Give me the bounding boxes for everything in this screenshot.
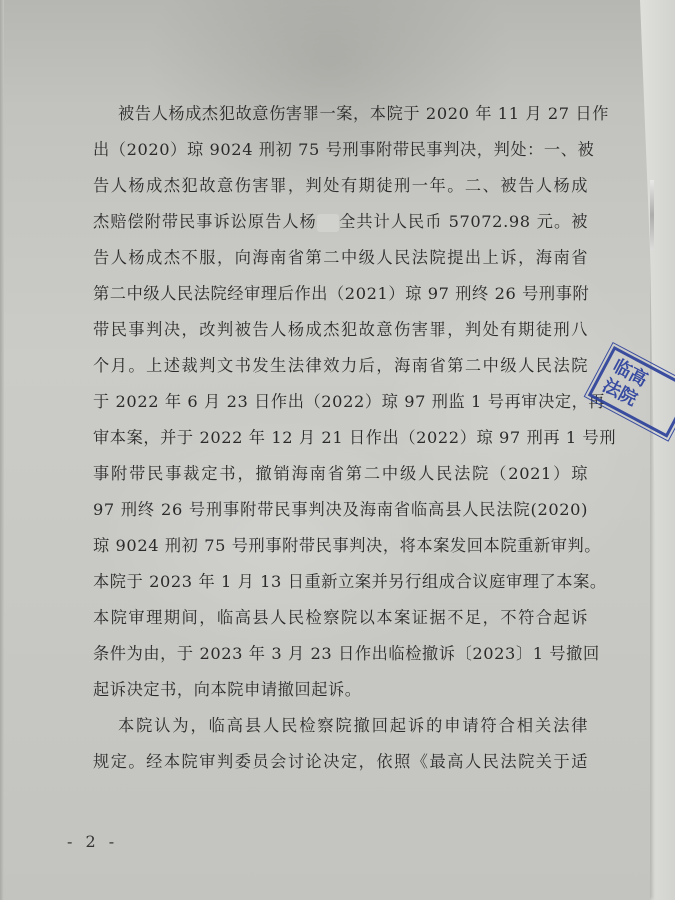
text-line-5: 告人杨成杰不服，向海南省第二中级人民法院提出上诉，海南省 xyxy=(93,240,588,276)
text-line-10: 审本案，并于 2022 年 12 月 21 日作出（2022）琼 97 刑再 1… xyxy=(93,420,588,456)
document-body: 被告人杨成杰犯故意伤害罪一案，本院于 2020 年 11 月 27 日作 出（2… xyxy=(93,96,588,780)
text-line-18: 本院认为，临高县人民检察院撤回起诉的申请符合相关法律 xyxy=(93,708,588,744)
text-line-4: 杰赔偿附带民事诉讼原告人杨全共计人民币 57072.98 元。被 xyxy=(93,204,588,240)
text-line-9: 于 2022 年 6 月 23 日作出（2022）琼 97 刑监 1 号再审决定… xyxy=(93,384,588,420)
text-line-11: 事附带民事裁定书，撤销海南省第二中级人民法院（2021）琼 xyxy=(93,456,588,492)
paper-fold-mark xyxy=(650,180,654,250)
text-line-16: 条件为由，于 2023 年 3 月 23 日作出临检撤诉〔2023〕1 号撤回 xyxy=(93,636,588,672)
text-line-3: 告人杨成杰犯故意伤害罪，判处有期徒刑一年。二、被告人杨成 xyxy=(93,168,588,204)
redacted-name xyxy=(317,214,339,232)
text-line-2: 出（2020）琼 9024 刑初 75 号刑事附带民事判决，判处：一、被 xyxy=(93,132,588,168)
text-line-1: 被告人杨成杰犯故意伤害罪一案，本院于 2020 年 11 月 27 日作 xyxy=(93,96,588,132)
text-line-4b: 全共计人民币 57072.98 元。被 xyxy=(339,212,588,231)
text-line-13: 琼 9024 刑初 75 号刑事附带民事判决，将本案发回本院重新审判。 xyxy=(93,528,588,564)
text-line-15: 本院审理期间，临高县人民检察院以本案证据不足，不符合起诉 xyxy=(93,600,588,636)
page-number: - 2 - xyxy=(67,832,118,851)
text-line-19: 规定。经本院审判委员会讨论决定，依照《最高人民法院关于适 xyxy=(93,744,588,780)
page-edge xyxy=(0,0,4,900)
text-line-8: 个月。上述裁判文书发生法律效力后，海南省第二中级人民法院 xyxy=(93,348,588,384)
text-line-7: 带民事判决，改判被告人杨成杰犯故意伤害罪，判处有期徒刑八 xyxy=(93,312,588,348)
text-line-14: 本院于 2023 年 1 月 13 日重新立案并另行组成合议庭审理了本案。 xyxy=(93,564,588,600)
text-line-12: 97 刑终 26 号刑事附带民事判决及海南省临高县人民法院(2020) xyxy=(93,492,588,528)
document-page: 被告人杨成杰犯故意伤害罪一案，本院于 2020 年 11 月 27 日作 出（2… xyxy=(0,0,650,900)
text-line-4a: 杰赔偿附带民事诉讼原告人杨 xyxy=(93,212,317,231)
text-line-6: 第二中级人民法院经审理后作出（2021）琼 97 刑终 26 号刑事附 xyxy=(93,276,588,312)
text-line-17: 起诉决定书，向本院申请撤回起诉。 xyxy=(93,672,588,708)
